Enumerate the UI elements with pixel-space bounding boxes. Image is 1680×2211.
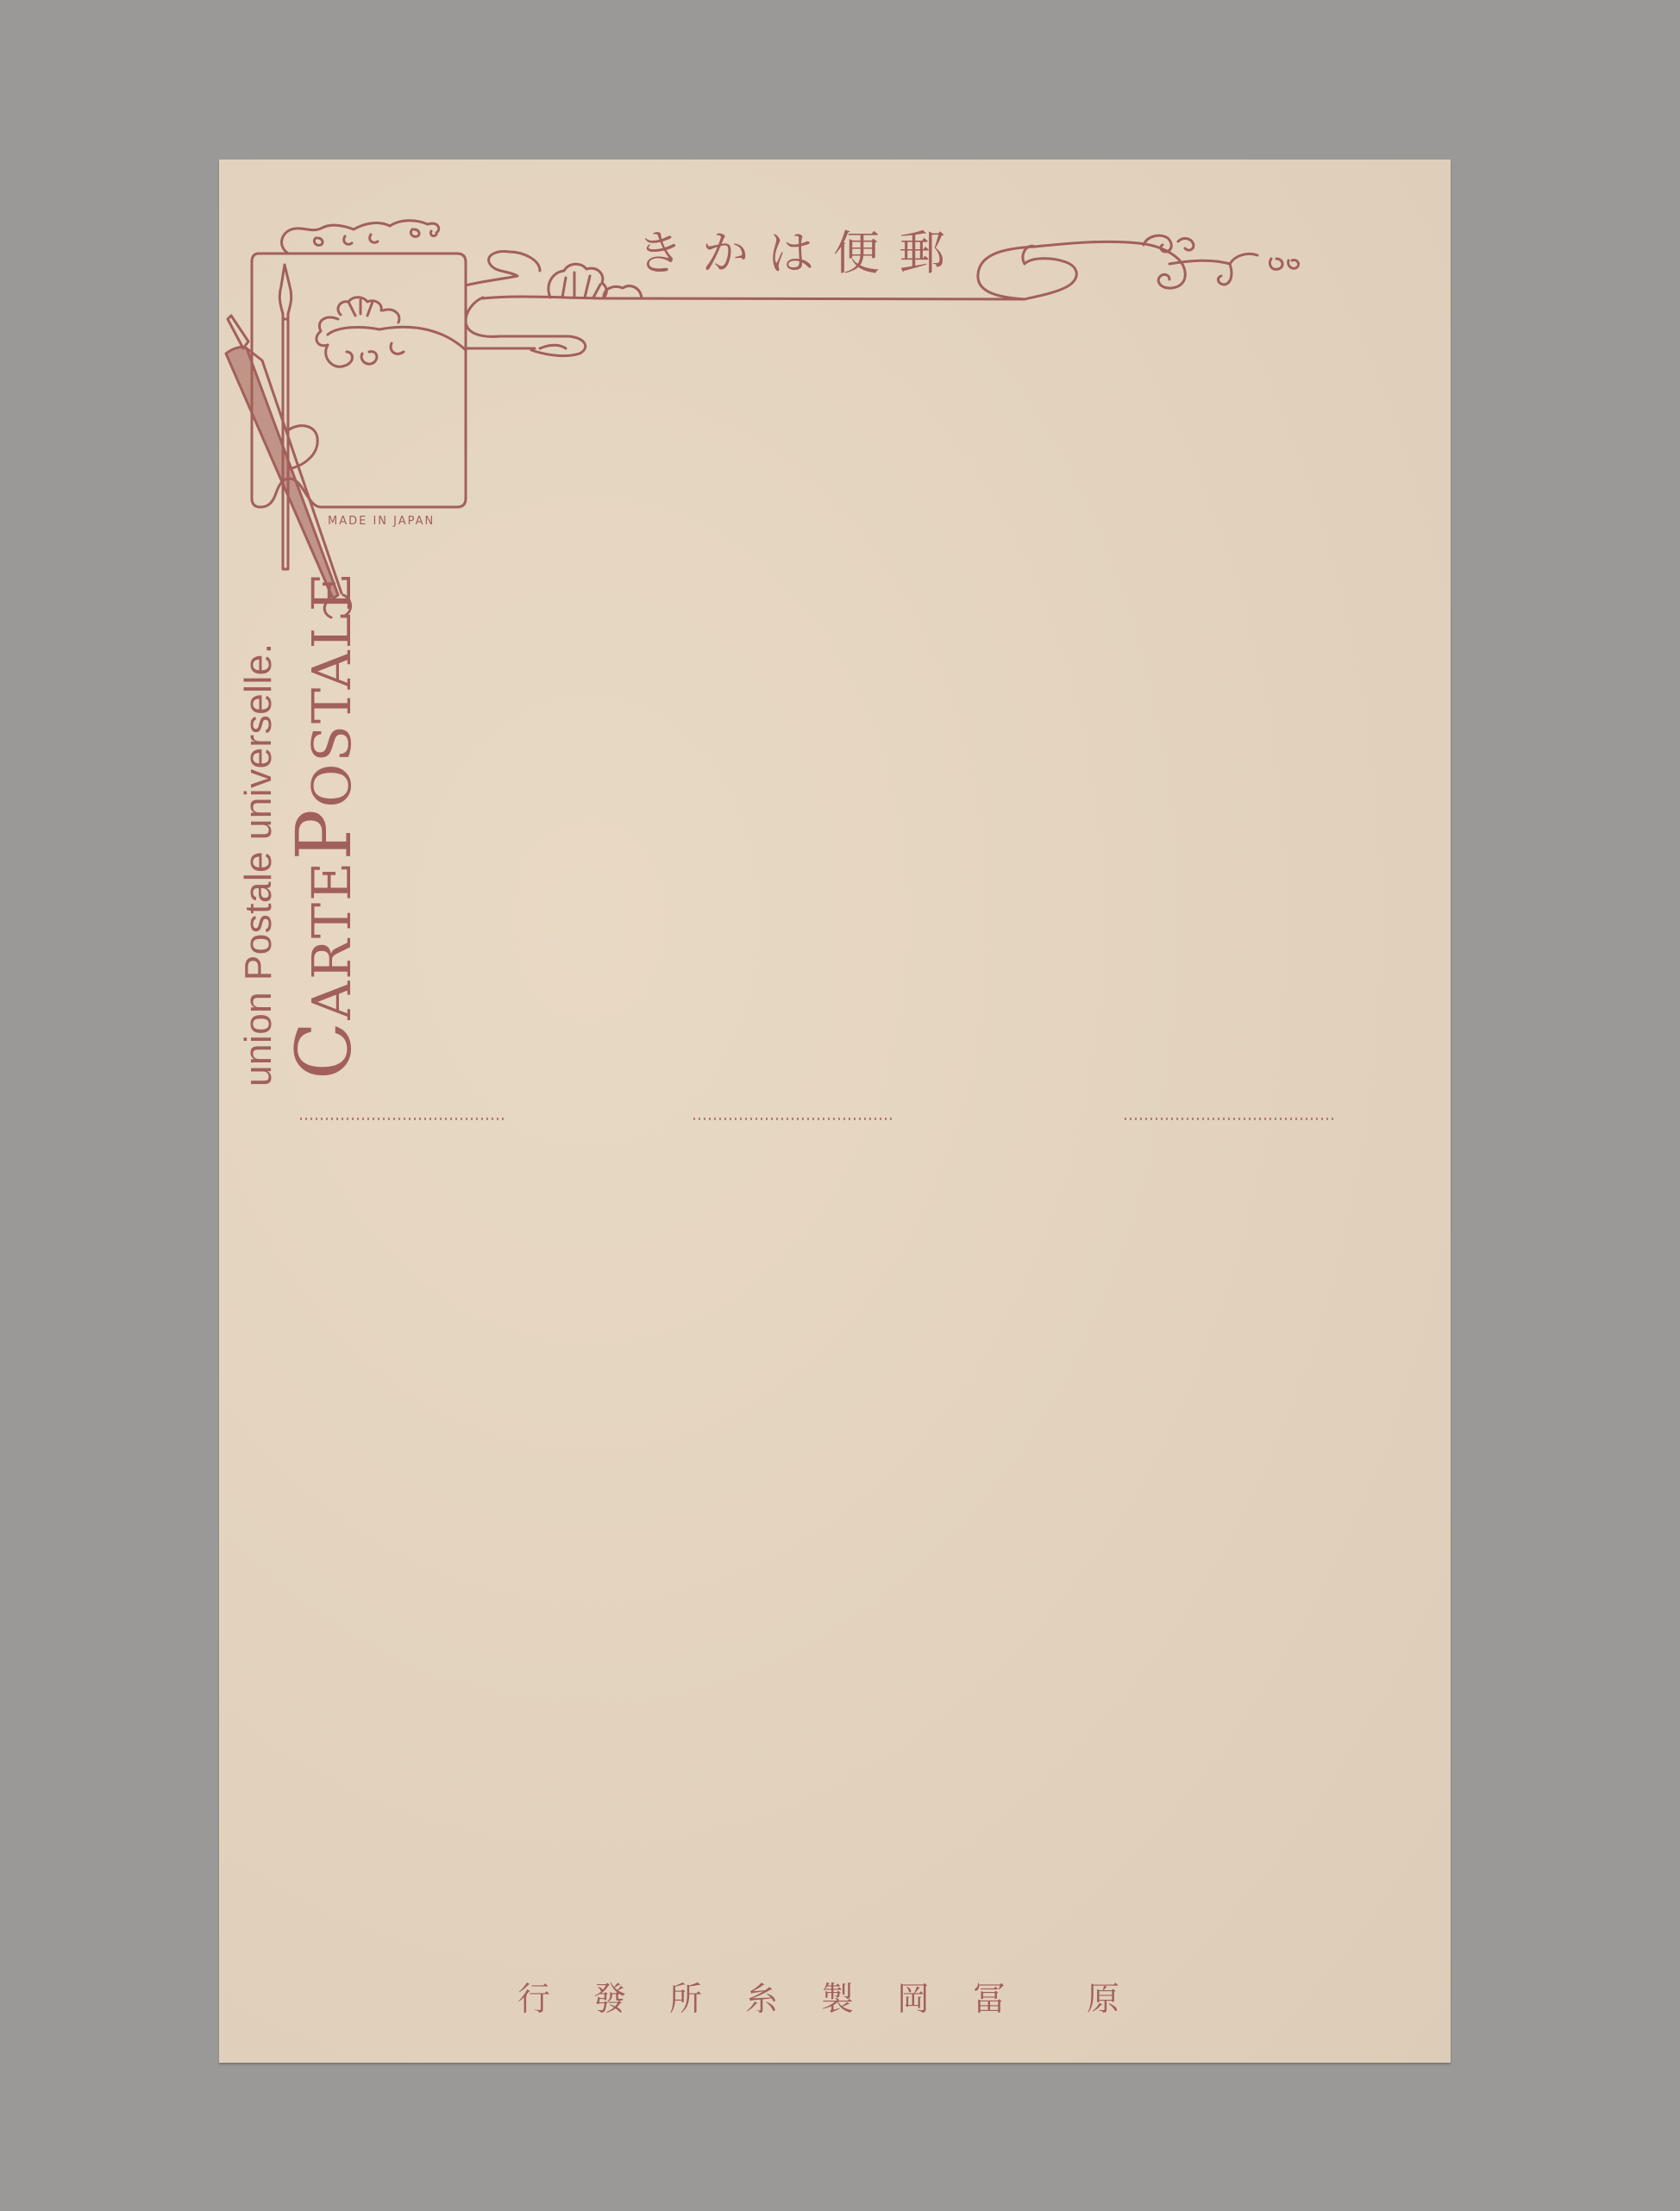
publisher-char: 行: [517, 1973, 550, 2025]
carte-postale-label: CARTEPOSTALE: [290, 571, 367, 1080]
publisher-char: 原: [1087, 1973, 1119, 2025]
made-in-japan-label: MADE IN JAPAN: [328, 515, 435, 528]
upu-label: union Postale universelle.: [240, 643, 278, 1087]
card-title: きかは便郵: [636, 226, 964, 281]
postale-rest: OSTALE: [300, 571, 363, 807]
publisher-char: 製: [821, 1973, 854, 2025]
postcard: [219, 160, 1451, 2063]
postale-initial: P: [279, 807, 368, 860]
carte-rest: ARTE: [300, 861, 363, 1020]
publisher-char: 糸: [745, 1973, 778, 2025]
address-line-3: [1125, 1118, 1337, 1120]
publisher-char: 岡: [897, 1973, 930, 2025]
publisher-char: 發: [593, 1973, 626, 2025]
carte-initial: C: [279, 1020, 368, 1080]
address-line-1: [300, 1118, 504, 1120]
publisher-char: 所: [669, 1973, 702, 2025]
publisher-char: 冨: [973, 1973, 1006, 2025]
address-line-2: [693, 1118, 892, 1120]
publisher-imprint: 行 發 所 糸 製 岡 冨 原: [517, 1973, 1121, 2025]
